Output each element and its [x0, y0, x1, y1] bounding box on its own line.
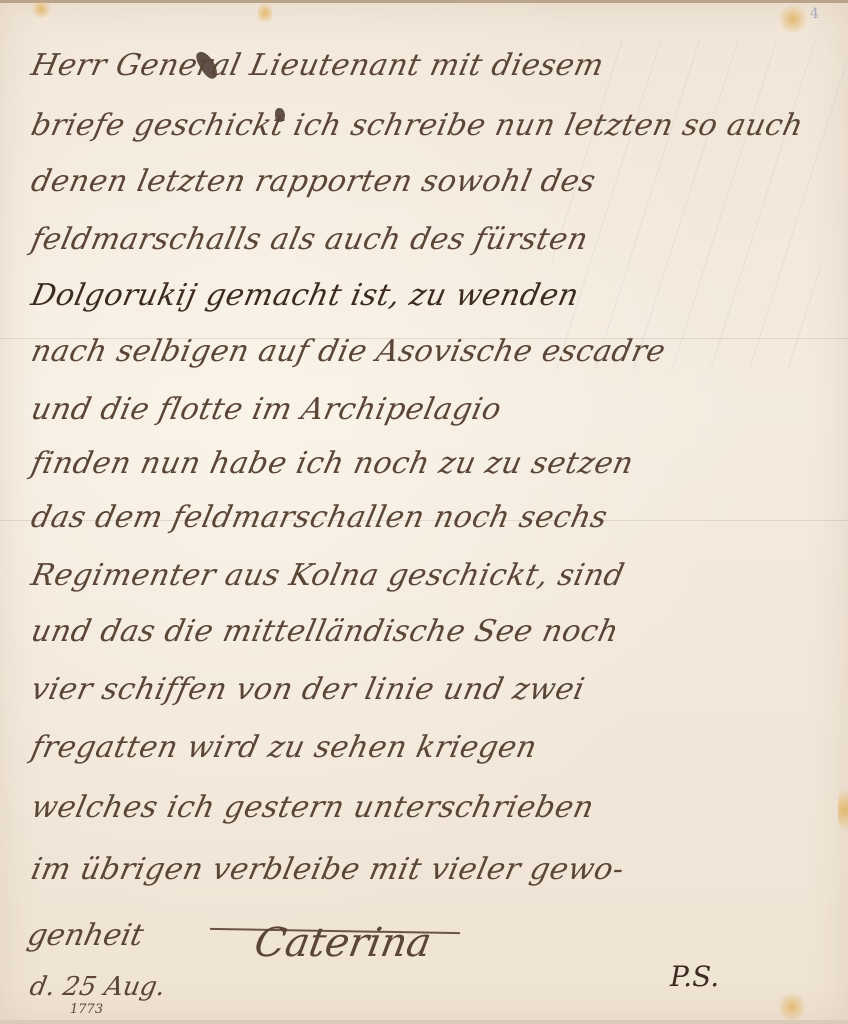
paper-top-edge	[0, 0, 848, 3]
paper-bottom-edge	[0, 1020, 848, 1024]
paper-stain	[30, 0, 52, 18]
letter-line-5: Dolgorukij gemacht ist, zu wenden	[28, 278, 582, 313]
letter-line-13: fregatten wird zu sehen kriegen	[28, 730, 540, 765]
letter-line-15: im übrigen verbleibe mit vieler gewo-	[28, 852, 627, 887]
letter-line-2: briefe geschickt ich schreibe nun letzte…	[28, 108, 807, 143]
letter-line-9: das dem feldmarschallen noch sechs	[28, 500, 611, 535]
paper-stain	[258, 0, 272, 26]
paper-stain	[778, 4, 808, 34]
letter-date: d. 25 Aug.	[27, 972, 167, 1002]
postscript-mark: P.S.	[670, 960, 719, 993]
letter-line-11: und das die mittelländische See noch	[28, 614, 622, 649]
page-number: 4	[810, 6, 819, 22]
letter-line-10: Regimenter aus Kolna geschickt, sind	[28, 558, 628, 593]
letter-line-1: Herr General Lieutenant mit diesem	[28, 48, 607, 83]
letter-year: 1773	[70, 1002, 103, 1017]
letter-line-7: und die flotte im Archipelagio	[28, 392, 505, 427]
letter-line-6: nach selbigen auf die Asovische escadre	[28, 334, 669, 369]
paper-stain	[780, 990, 804, 1024]
paper-stain	[838, 780, 848, 840]
letter-closing-word: genheit	[24, 918, 146, 953]
ink-bleed-through	[537, 40, 848, 370]
letter-line-3: denen letzten rapporten sowohl des	[28, 164, 599, 199]
letter-line-12: vier schiffen von der linie und zwei	[28, 672, 588, 707]
letter-line-14: welches ich gestern unterschrieben	[28, 790, 597, 825]
letter-line-4: feldmarschalls als auch des fürsten	[28, 222, 591, 257]
signature: Caterina	[251, 920, 435, 966]
letter-line-8: finden nun habe ich noch zu zu setzen	[28, 446, 637, 481]
letter-page: 4 Herr General Lieutenant mit diesem bri…	[0, 0, 848, 1024]
